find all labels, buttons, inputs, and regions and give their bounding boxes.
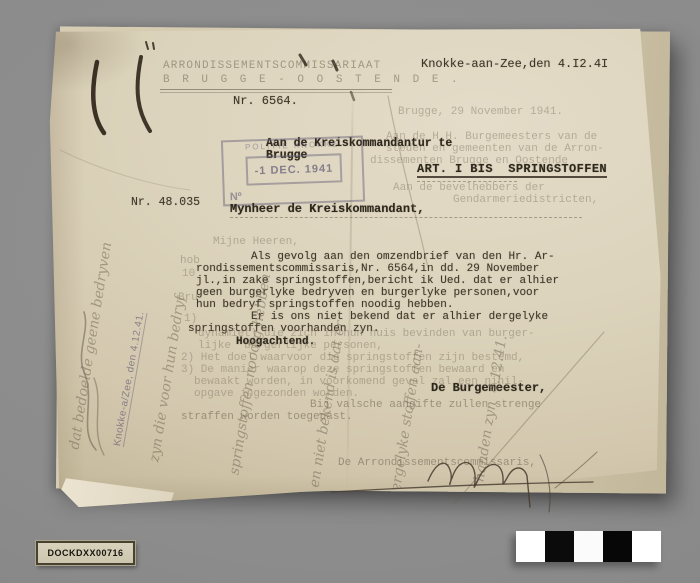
letterhead-ref: Nr. 6564. <box>233 95 298 107</box>
scanned-document-photo: ARRONDISSEMENTSCOMMISSARIAAT B R U G G E… <box>0 0 700 583</box>
archive-label-text: DOCKDXX00716 <box>47 548 123 558</box>
letterhead-rule <box>160 89 392 90</box>
calibration-square <box>574 531 603 562</box>
letterhead-line1: ARRONDISSEMENTSCOMMISSARIAAT <box>163 60 381 72</box>
calibration-square <box>603 531 632 562</box>
letter-page: ARRONDISSEMENTSCOMMISSARIAAT B R U G G E… <box>48 25 663 509</box>
calibration-square <box>516 531 545 562</box>
circular-place-date: Brugge, 29 November 1941. <box>398 106 563 118</box>
marginalia-line: springstoffen noodig hebben <box>222 147 300 477</box>
folded-corner <box>54 475 174 507</box>
marginalia-line: voorhanden zyn 4.12.41. <box>462 185 540 515</box>
letterhead-rule2 <box>160 92 392 93</box>
calibration-bar <box>516 531 661 562</box>
place-date: Knokke-aan-Zee,den 4.I2.4I <box>421 58 608 70</box>
marginalia-line: zyn die voor hun bedryf <box>142 134 220 464</box>
calibration-square <box>545 531 574 562</box>
archive-label: DOCKDXX00716 <box>36 541 135 565</box>
calibration-square <box>632 531 661 562</box>
letterhead-line2: B R U G G E - O O S T E N D E . <box>163 74 461 86</box>
marginalia-line: en niet bekend is dat er <box>302 159 380 489</box>
marginalia-line: dergelyke stoffen aan- <box>382 172 460 502</box>
